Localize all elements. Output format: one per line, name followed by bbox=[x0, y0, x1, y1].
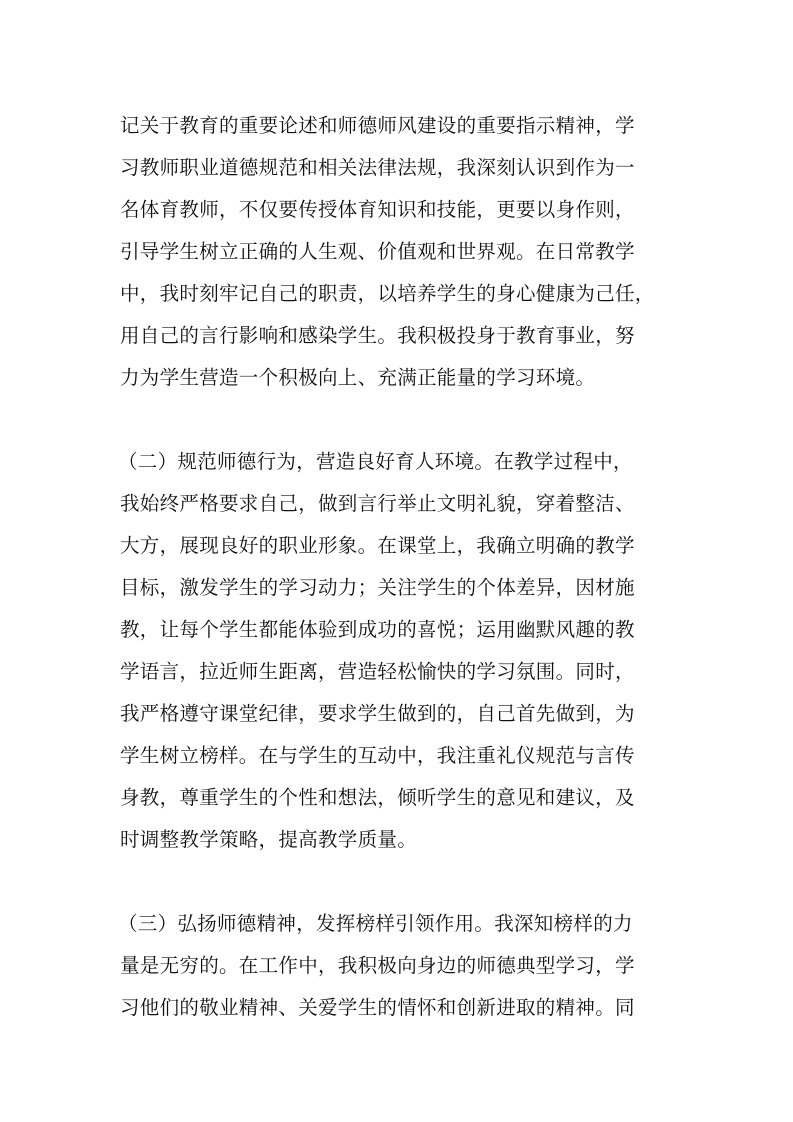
document-page: 记关于教育的重要论述和师德师风建设的重要指示精神，学 习教师职业道德规范和相关法… bbox=[0, 0, 793, 1122]
text-line: 教，让每个学生都能体验到成功的喜悦；运用幽默风趣的教 bbox=[120, 618, 635, 642]
section-heading-line: （二）规范师德行为，营造良好育人环境。在教学过程中， bbox=[118, 450, 633, 474]
text-line: 名体育教师，不仅要传授体育知识和技能，更要以身作则， bbox=[120, 198, 635, 222]
text-line: 我始终严格要求自己，做到言行举止文明礼貌，穿着整洁、 bbox=[120, 492, 635, 516]
text-line: 我严格遵守课堂纪律，要求学生做到的，自己首先做到，为 bbox=[120, 702, 635, 726]
text-line: 目标，激发学生的学习动力；关注学生的个体差异，因材施 bbox=[120, 576, 635, 600]
text-line: 大方，展现良好的职业形象。在课堂上，我确立明确的教学 bbox=[120, 534, 635, 558]
text-line: 时调整教学策略，提高教学质量。 bbox=[120, 828, 417, 852]
section-heading-line: （三）弘扬师德精神，发挥榜样引领作用。我深知榜样的力 bbox=[118, 912, 633, 936]
text-line: 中，我时刻牢记自己的职责，以培养学生的身心健康为己任， bbox=[120, 282, 655, 306]
text-line: 身教，尊重学生的个性和想法，倾听学生的意见和建议，及 bbox=[120, 786, 635, 810]
text-line: 记关于教育的重要论述和师德师风建设的重要指示精神，学 bbox=[120, 114, 635, 138]
text-line: 习他们的敬业精神、关爱学生的情怀和创新进取的精神。同 bbox=[120, 996, 635, 1020]
text-line: 用自己的言行影响和感染学生。我积极投身于教育事业，努 bbox=[120, 324, 635, 348]
text-line: 引导学生树立正确的人生观、价值观和世界观。在日常教学 bbox=[120, 240, 635, 264]
text-line: 习教师职业道德规范和相关法律法规，我深刻认识到作为一 bbox=[120, 156, 635, 180]
text-line: 力为学生营造一个积极向上、充满正能量的学习环境。 bbox=[120, 366, 595, 390]
text-line: 量是无穷的。在工作中，我积极向身边的师德典型学习，学 bbox=[120, 954, 635, 978]
text-line: 学语言，拉近师生距离，营造轻松愉快的学习氛围。同时， bbox=[120, 660, 635, 684]
text-line: 学生树立榜样。在与学生的互动中，我注重礼仪规范与言传 bbox=[120, 744, 635, 768]
